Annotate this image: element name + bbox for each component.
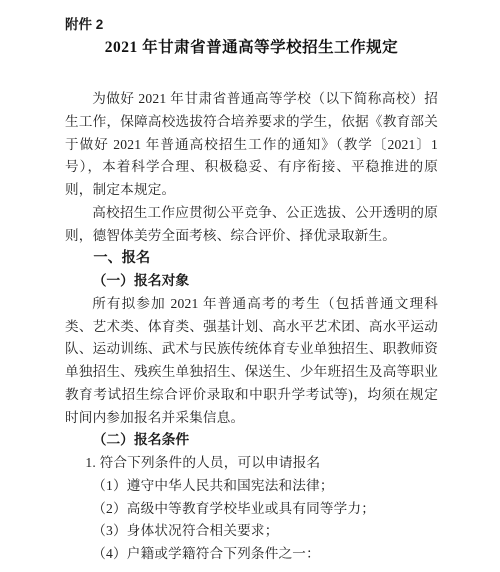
subsection-heading-baoming-duixiang: （一）报名对象 — [65, 270, 438, 293]
attachment-label: 附件 2 — [65, 16, 438, 33]
condition-item-2: （2）高级中等教育学校毕业或具有同等学力； — [65, 498, 438, 521]
document-title: 2021 年甘肃省普通高等学校招生工作规定 — [65, 37, 438, 58]
clause-apply-eligibility: 1. 符合下列条件的人员，可以申请报名 — [65, 452, 438, 475]
document-page: 附件 2 2021 年甘肃省普通高等学校招生工作规定 为做好 2021 年甘肃省… — [0, 0, 500, 572]
subsection-heading-baoming-tiaojian: （二）报名条件 — [65, 429, 438, 452]
intro-paragraph-2: 高校招生工作应贯彻公平竞争、公正选拔、公开透明的原则，德智体美劳全面考核、综合评… — [65, 202, 438, 248]
section-heading-baoming: 一、报名 — [65, 247, 438, 270]
condition-item-1: （1）遵守中华人民共和国宪法和法律； — [65, 475, 438, 498]
condition-item-4: （4）户籍或学籍符合下列条件之一： — [65, 543, 438, 566]
condition-item-3: （3）身体状况符合相关要求； — [65, 520, 438, 543]
intro-paragraph-1: 为做好 2021 年甘肃省普通高等学校（以下简称高校）招生工作，保障高校选拔符合… — [65, 88, 438, 202]
paragraph-baoming-duixiang: 所有拟参加 2021 年普通高考的考生（包括普通文理科类、艺术类、体育类、强基计… — [65, 293, 438, 430]
